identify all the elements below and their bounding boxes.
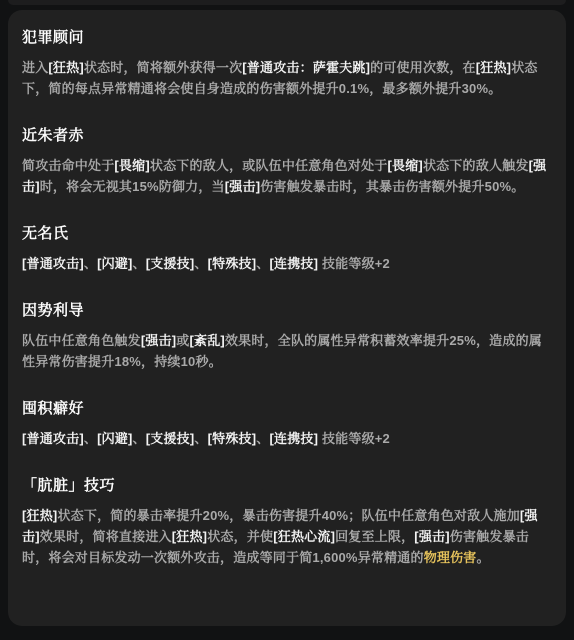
keyword-tag: [强击] xyxy=(225,179,260,194)
text-run: 、 xyxy=(256,256,269,271)
text-run: 、 xyxy=(194,256,207,271)
keyword-tag: [特殊技] xyxy=(208,256,257,271)
text-run: 或 xyxy=(176,333,189,348)
talent-section: 无名氏[普通攻击]、[闪避]、[支援技]、[特殊技]、[连携技] 技能等级+2 xyxy=(22,225,552,274)
keyword-tag: [狂热心流] xyxy=(273,529,335,544)
physical-damage-highlight: 物理伤害 xyxy=(424,550,477,565)
talent-description: 简攻击命中处于[畏缩]状态下的敌人，或队伍中任意角色对处于[畏缩]状态下的敌人触… xyxy=(22,155,552,197)
keyword-tag: [畏缩] xyxy=(114,158,149,173)
text-run: 状态下，简的暴击率提升20%，暴击伤害提升40%；队伍中任意角色对敌人施加 xyxy=(57,508,519,523)
keyword-tag: [支援技] xyxy=(146,256,195,271)
talent-description: [普通攻击]、[闪避]、[支援技]、[特殊技]、[连携技] 技能等级+2 xyxy=(22,253,552,274)
text-run: 时，将会无视其15%防御力，当 xyxy=(40,179,225,194)
talent-title: 犯罪顾问 xyxy=(22,29,552,46)
talent-title: 「肮脏」技巧 xyxy=(22,477,552,494)
talent-section: 「肮脏」技巧[狂热]状态下，简的暴击率提升20%，暴击伤害提升40%；队伍中任意… xyxy=(22,477,552,568)
keyword-tag: [特殊技] xyxy=(208,431,257,446)
talent-description: 队伍中任意角色触发[强击]或[紊乱]效果时，全队的属性异常积蓄效率提升25%，造… xyxy=(22,330,552,372)
keyword-tag: [连携技] xyxy=(269,431,318,446)
text-run: 。 xyxy=(477,550,490,565)
keyword-tag: [强击] xyxy=(414,529,449,544)
talent-section: 因势利导队伍中任意角色触发[强击]或[紊乱]效果时，全队的属性异常积蓄效率提升2… xyxy=(22,302,552,372)
text-run: 、 xyxy=(133,256,146,271)
talent-title: 因势利导 xyxy=(22,302,552,319)
text-run: 状态下的敌人，或队伍中任意角色对处于 xyxy=(150,158,388,173)
talent-title: 囤积癖好 xyxy=(22,400,552,417)
text-run: 、 xyxy=(256,431,269,446)
keyword-tag: [狂热] xyxy=(172,529,207,544)
talent-section: 犯罪顾问进入[狂热]状态时，简将额外获得一次[普通攻击：萨霍夫跳]的可使用次数，… xyxy=(22,29,552,99)
text-run: 技能等级+2 xyxy=(318,256,390,271)
keyword-tag: [强击] xyxy=(141,333,176,348)
text-run: 伤害触发暴击时，其暴击伤害额外提升50%。 xyxy=(260,179,524,194)
text-run: 回复至上限， xyxy=(335,529,414,544)
keyword-tag: [畏缩] xyxy=(387,158,422,173)
text-run: 队伍中任意角色触发 xyxy=(22,333,141,348)
text-run: 的可使用次数，在 xyxy=(370,60,476,75)
talent-panel: 犯罪顾问进入[狂热]状态时，简将额外获得一次[普通攻击：萨霍夫跳]的可使用次数，… xyxy=(8,10,566,626)
talent-section-list: 犯罪顾问进入[狂热]状态时，简将额外获得一次[普通攻击：萨霍夫跳]的可使用次数，… xyxy=(22,29,552,568)
text-run: 进入 xyxy=(22,60,48,75)
talent-description: [普通攻击]、[闪避]、[支援技]、[特殊技]、[连携技] 技能等级+2 xyxy=(22,428,552,449)
keyword-tag: [狂热] xyxy=(22,508,57,523)
text-run: 状态时，简将额外获得一次 xyxy=(84,60,242,75)
talent-title: 近朱者赤 xyxy=(22,127,552,144)
keyword-tag: [连携技] xyxy=(269,256,318,271)
keyword-tag: [闪避] xyxy=(97,256,132,271)
previous-card-edge xyxy=(8,0,566,5)
text-run: 状态，并使 xyxy=(207,529,273,544)
talent-section: 近朱者赤简攻击命中处于[畏缩]状态下的敌人，或队伍中任意角色对处于[畏缩]状态下… xyxy=(22,127,552,197)
text-run: 效果时，简将直接进入 xyxy=(40,529,172,544)
keyword-tag: [普通攻击] xyxy=(22,431,84,446)
keyword-tag: [闪避] xyxy=(97,431,132,446)
talent-description: 进入[狂热]状态时，简将额外获得一次[普通攻击：萨霍夫跳]的可使用次数，在[狂热… xyxy=(22,57,552,99)
text-run: 技能等级+2 xyxy=(318,431,390,446)
text-run: 状态下的敌人触发 xyxy=(423,158,529,173)
text-run: 、 xyxy=(133,431,146,446)
text-run: 、 xyxy=(194,431,207,446)
text-run: 、 xyxy=(84,431,97,446)
text-run: 简攻击命中处于 xyxy=(22,158,114,173)
talent-description: [狂热]状态下，简的暴击率提升20%，暴击伤害提升40%；队伍中任意角色对敌人施… xyxy=(22,505,552,568)
keyword-tag: [支援技] xyxy=(146,431,195,446)
talent-title: 无名氏 xyxy=(22,225,552,242)
keyword-tag: [狂热] xyxy=(476,60,511,75)
text-run: 、 xyxy=(84,256,97,271)
keyword-tag: [紊乱] xyxy=(189,333,224,348)
keyword-tag: [普通攻击：萨霍夫跳] xyxy=(242,60,370,75)
keyword-tag: [普通攻击] xyxy=(22,256,84,271)
keyword-tag: [狂热] xyxy=(48,60,83,75)
talent-section: 囤积癖好[普通攻击]、[闪避]、[支援技]、[特殊技]、[连携技] 技能等级+2 xyxy=(22,400,552,449)
